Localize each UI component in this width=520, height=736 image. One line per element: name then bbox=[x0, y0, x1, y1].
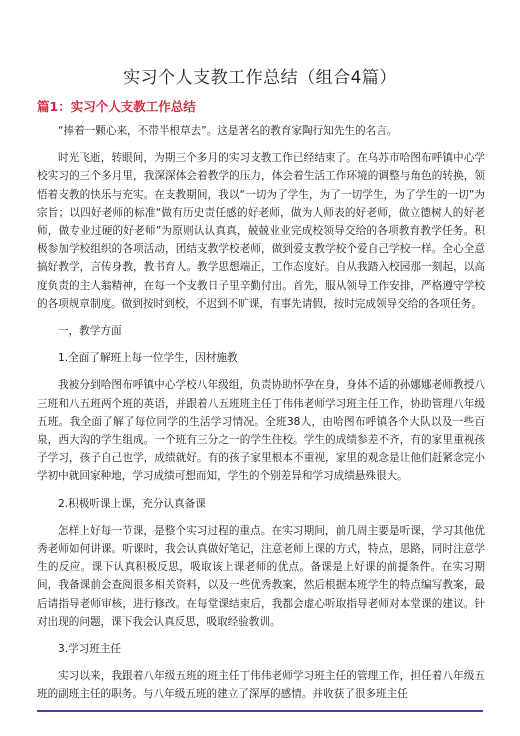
document-body: “捧着一颗心来，不带半根草去”。这是著名的教育家陶行知先生的名言。 时光飞逝，转… bbox=[37, 122, 485, 713]
document-page: 实习个人支教工作总结（组合4篇） 篇1：实习个人支教工作总结 “捧着一颗心来，不… bbox=[0, 0, 520, 736]
subheading-lessons: 2.积极听课上课，充分认真备课 bbox=[37, 495, 485, 513]
paragraph-class-teacher: 实习以来，我跟着八年级五班的班主任丁伟伟老师学习班主任的管理工作，担任着八年级五… bbox=[37, 667, 485, 703]
subheading-teaching: 一，教学方面 bbox=[37, 322, 485, 340]
paragraph-quote: “捧着一颗心来，不带半根草去”。这是著名的教育家陶行知先生的名言。 bbox=[37, 122, 485, 140]
paragraph-lessons: 怎样上好每一节课，是整个实习过程的重点。在实习期间，前几周主要是听课，学习其他优… bbox=[37, 522, 485, 631]
subheading-class-teacher: 3.学习班主任 bbox=[37, 640, 485, 658]
footer-divider bbox=[37, 710, 483, 712]
document-title: 实习个人支教工作总结（组合4篇） bbox=[0, 63, 520, 88]
paragraph-intro: 时光飞逝，转眼间，为期三个多月的实习支教工作已经结束了。在乌苏市哈图布呼镇中心学… bbox=[37, 149, 485, 313]
paragraph-students: 我被分到哈图布呼镇中心学校八年级组，负责协助怀孕在身，身体不适的孙娜娜老师教授八… bbox=[37, 376, 485, 485]
subheading-understand-students: 1.全面了解班上每一位学生，因材施教 bbox=[37, 349, 485, 367]
section-heading: 篇1：实习个人支教工作总结 bbox=[37, 97, 196, 115]
